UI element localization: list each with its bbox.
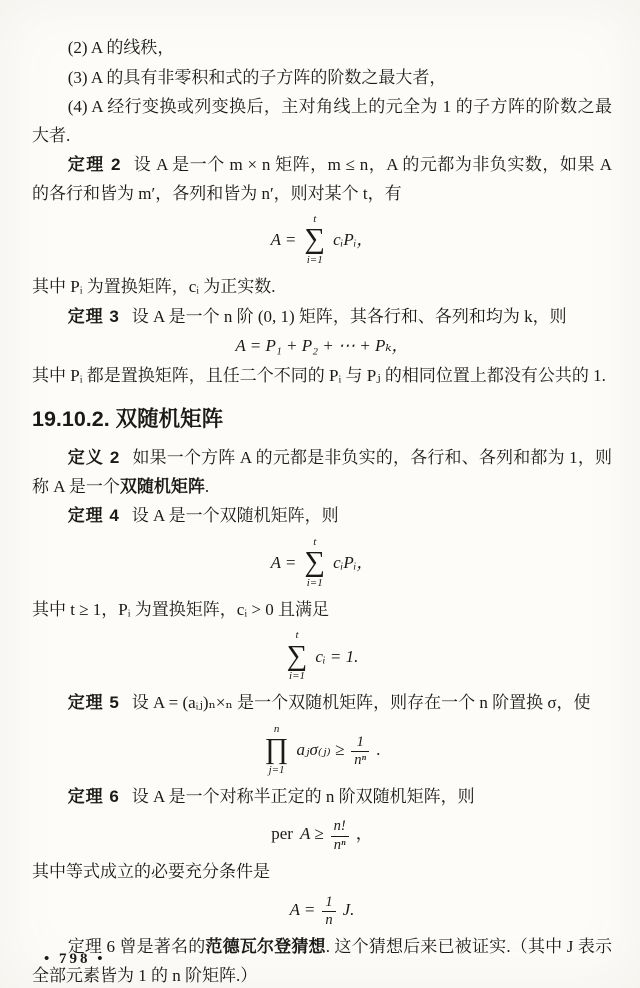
sum-symbol-icon: ∑ — [304, 226, 325, 254]
theorem-4-formula-2: t ∑ i=1 cᵢ = 1. — [32, 629, 612, 683]
fraction-numerator: 1 — [322, 894, 335, 911]
definition-2-term: 双随机矩阵 — [120, 477, 205, 496]
fraction-numerator: 1 — [354, 734, 367, 751]
sum-operator: t ∑ i=1 — [304, 213, 325, 267]
theorem-5-text: 设 A = (aᵢⱼ)ₙ×ₙ 是一个双随机矩阵，则存在一个 n 阶置换 σ，使 — [132, 693, 591, 712]
conjecture-name: 范德瓦尔登猜想 — [205, 937, 325, 956]
theorem-4-note: 其中 t ≥ 1，Pᵢ 为置换矩阵，cᵢ > 0 且满足 — [32, 596, 612, 625]
formula-rhs: cᵢPᵢ， — [333, 553, 373, 573]
theorem-5-paragraph: 定理 5设 A = (aᵢⱼ)ₙ×ₙ 是一个双随机矩阵，则存在一个 n 阶置换 … — [32, 689, 612, 718]
theorem-3-text: 设 A 是一个 n 阶 (0, 1) 矩阵，其各行和、各列和均为 k，则 — [132, 307, 567, 326]
formula-rhs: cᵢ = 1. — [315, 647, 358, 667]
sum-lower-limit: i=1 — [289, 670, 305, 683]
theorem-6-paragraph: 定理 6设 A 是一个对称半正定的 n 阶双随机矩阵，则 — [32, 783, 612, 812]
theorem-5-formula: n ∏ j=1 aⱼσ₍ⱼ₎ ≥ 1 nⁿ . — [32, 723, 612, 777]
list-item-4: (4) A 经行变换或列变换后，主对角线上的元全为 1 的子方阵的阶数之最大者. — [32, 93, 612, 150]
sum-symbol-icon: ∑ — [287, 643, 308, 671]
definition-2-label: 定义 2 — [68, 448, 121, 467]
fraction-denominator: nⁿ — [351, 751, 369, 769]
sum-lower-limit: i=1 — [307, 577, 323, 590]
theorem-3-formula: A = P₁ + P₂ + ⋯ + Pₖ， — [32, 336, 612, 356]
product-lower-limit: j=1 — [269, 764, 285, 777]
theorem-5-label: 定理 5 — [68, 693, 120, 712]
formula-comma: ， — [356, 824, 373, 844]
theorem-6-formula-2: A = 1 n J. — [32, 892, 612, 928]
page-number: • 798 • — [44, 951, 106, 968]
fraction-denominator: nⁿ — [331, 836, 349, 854]
sum-lower-limit: i=1 — [307, 254, 323, 267]
theorem-6-label: 定理 6 — [68, 787, 120, 806]
page-content: (2) A 的线秩， (3) A 的具有非零积和式的子方阵的阶数之最大者， (4… — [32, 34, 612, 988]
formula-middle: aⱼσ₍ⱼ₎ ≥ — [297, 740, 345, 760]
equality-condition-note: 其中等式成立的必要充分条件是 — [32, 858, 612, 887]
formula-lhs: A = — [271, 230, 297, 250]
theorem-2-note: 其中 Pᵢ 为置换矩阵，cᵢ 为正实数. — [32, 273, 612, 302]
definition-2-paragraph: 定义 2如果一个方阵 A 的元都是非负实的，各行和、各列和都为 1，则称 A 是… — [32, 444, 612, 501]
theorem-2-label: 定理 2 — [68, 155, 122, 174]
definition-2-period: . — [205, 477, 209, 496]
per-function-name: per — [271, 824, 293, 844]
theorem-2-paragraph: 定理 2设 A 是一个 m × n 矩阵，m ≤ n，A 的元都为非负实数，如果… — [32, 151, 612, 208]
theorem-6-formula: per A ≥ n! nⁿ ， — [32, 816, 612, 852]
product-symbol-icon: ∏ — [265, 736, 289, 764]
fraction: 1 nⁿ — [351, 734, 369, 770]
theorem-2-formula: A = t ∑ i=1 cᵢPᵢ， — [32, 213, 612, 267]
fraction-numerator: n! — [331, 818, 349, 835]
list-item-3: (3) A 的具有非零积和式的子方阵的阶数之最大者， — [32, 64, 612, 93]
theorem-3-label: 定理 3 — [68, 307, 120, 326]
scanned-book-page: (2) A 的线秩， (3) A 的具有非零积和式的子方阵的阶数之最大者， (4… — [0, 0, 640, 988]
closing-paragraph: 定理 6 曾是著名的范德瓦尔登猜想. 这个猜想后来已被证实.（其中 J 表示全部… — [32, 933, 612, 988]
formula-rhs: J. — [343, 900, 355, 920]
theorem-4-text: 设 A 是一个双随机矩阵，则 — [132, 506, 339, 525]
sum-symbol-icon: ∑ — [304, 549, 325, 577]
theorem-4-paragraph: 定理 4设 A 是一个双随机矩阵，则 — [32, 502, 612, 531]
formula-expression: A = P₁ + P₂ + ⋯ + Pₖ， — [235, 336, 408, 356]
product-operator: n ∏ j=1 — [265, 723, 289, 777]
fraction: n! nⁿ — [331, 818, 349, 854]
theorem-4-formula: A = t ∑ i=1 cᵢPᵢ， — [32, 536, 612, 590]
theorem-3-paragraph: 定理 3设 A 是一个 n 阶 (0, 1) 矩阵，其各行和、各列和均为 k，则 — [32, 303, 612, 332]
fraction: 1 n — [322, 894, 335, 930]
theorem-4-label: 定理 4 — [68, 506, 120, 525]
theorem-3-note: 其中 Pᵢ 都是置换矩阵，且任二个不同的 Pᵢ 与 Pⱼ 的相同位置上都没有公共… — [32, 362, 612, 391]
formula-rhs: cᵢPᵢ， — [333, 230, 373, 250]
theorem-6-text: 设 A 是一个对称半正定的 n 阶双随机矩阵，则 — [132, 787, 475, 806]
sum-operator: t ∑ i=1 — [304, 536, 325, 590]
formula-period: . — [376, 740, 380, 760]
formula-lhs: A = — [271, 553, 297, 573]
sum-operator: t ∑ i=1 — [287, 629, 308, 683]
formula-lhs: A = — [290, 900, 316, 920]
fraction-denominator: n — [322, 911, 335, 929]
formula-middle: A ≥ — [300, 824, 324, 844]
section-heading: 19.10.2. 双随机矩阵 — [32, 406, 612, 434]
list-item-2: (2) A 的线秩， — [32, 34, 612, 63]
